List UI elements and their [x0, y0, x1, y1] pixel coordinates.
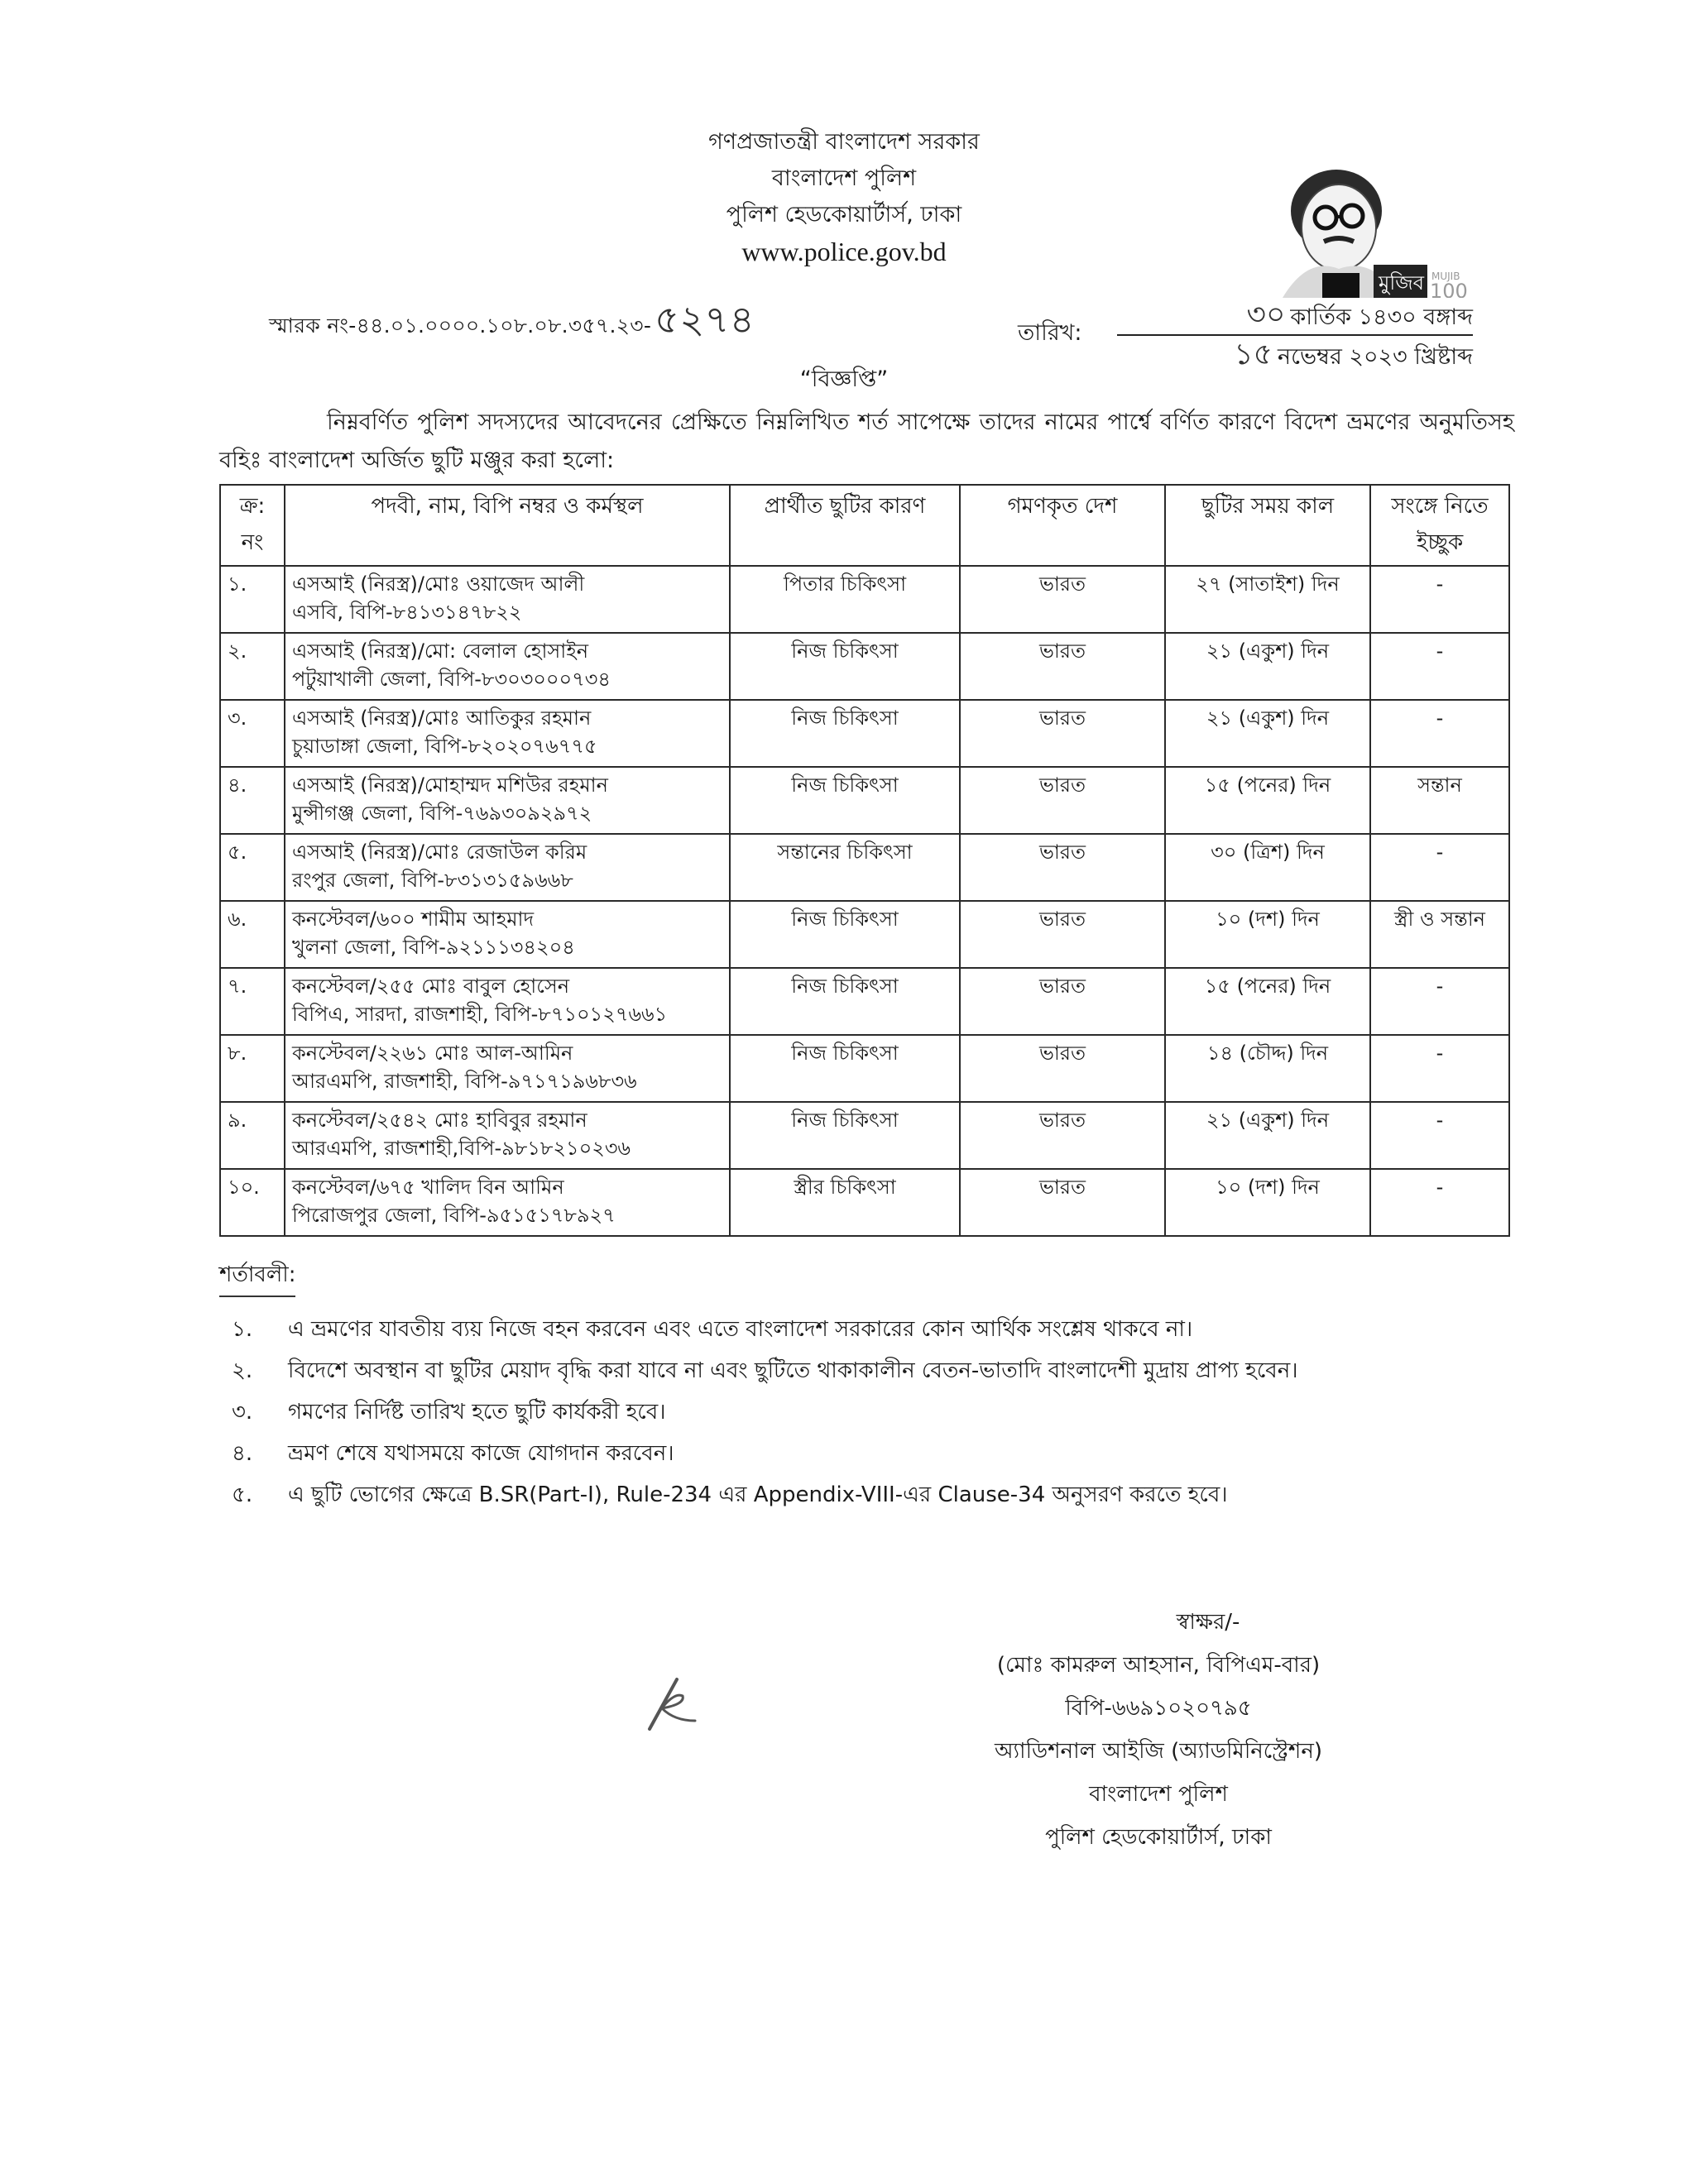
letterhead: গণপ্রজাতন্ত্রী বাংলাদেশ সরকার বাংলাদেশ প…	[629, 124, 1059, 270]
cell-reason: নিজ চিকিৎসা	[730, 767, 960, 834]
cell-name-unit-bp: আরএমপি, রাজশাহী, বিপি-৯৭১৭১৯৬৮৩৬	[292, 1067, 722, 1095]
table-row: ২.এসআই (নিরস্ত্র)/মো: বেলাল হোসাইনপটুয়া…	[220, 633, 1509, 700]
term-number: ১.	[232, 1309, 288, 1350]
cell-serial: ৪.	[220, 767, 285, 834]
term-text: ভ্রমণ শেষে যথাসময়ে কাজে যোগদান করবেন।	[288, 1433, 674, 1474]
signature-label: স্বাক্ষর/-	[910, 1601, 1407, 1644]
cell-name-rank: এসআই (নিরস্ত্র)/মোঃ ওয়াজেদ আলী	[292, 570, 722, 598]
cell-serial: ৩.	[220, 700, 285, 767]
cell-country: ভারত	[960, 566, 1165, 633]
cell-name: এসআই (নিরস্ত্র)/মোহাম্মদ মশিউর রহমানমুন্…	[285, 767, 730, 834]
date-bangla-day: ৩০	[1247, 298, 1286, 332]
cell-name: কনস্টেবল/২৫৫ মোঃ বাবুল হোসেনবিপিএ, সারদা…	[285, 968, 730, 1035]
table-row: ৬.কনস্টেবল/৬০০ শামীম আহমাদখুলনা জেলা, বি…	[220, 901, 1509, 968]
cell-duration: ৩০ (ত্রিশ) দিন	[1165, 834, 1370, 901]
cell-name: এসআই (নিরস্ত্র)/মোঃ ওয়াজেদ আলীএসবি, বিপ…	[285, 566, 730, 633]
cell-name: কনস্টেবল/৬০০ শামীম আহমাদখুলনা জেলা, বিপি…	[285, 901, 730, 968]
cell-reason: নিজ চিকিৎসা	[730, 968, 960, 1035]
cell-serial: ৬.	[220, 901, 285, 968]
term-text: এ ভ্রমণের যাবতীয় ব্যয় নিজে বহন করবেন এ…	[288, 1309, 1192, 1350]
term-number: ৫.	[232, 1474, 288, 1516]
col-companion: সংঙ্গে নিতে ইচ্ছুক	[1370, 485, 1509, 566]
terms-title: শর্তাবলী:	[219, 1257, 295, 1297]
table-row: ৭.কনস্টেবল/২৫৫ মোঃ বাবুল হোসেনবিপিএ, সার…	[220, 968, 1509, 1035]
cell-name-rank: এসআই (নিরস্ত্র)/মোঃ রেজাউল করিম	[292, 838, 722, 866]
cell-companion: -	[1370, 1035, 1509, 1102]
cell-name-rank: কনস্টেবল/৬০০ শামীম আহমাদ	[292, 905, 722, 933]
cell-name-unit-bp: খুলনা জেলা, বিপি-৯২১১১৩৪২০৪	[292, 933, 722, 961]
cell-companion: -	[1370, 968, 1509, 1035]
cell-reason: স্ত্রীর চিকিৎসা	[730, 1169, 960, 1236]
col-name: পদবী, নাম, বিপি নম্বর ও কর্মস্থল	[285, 485, 730, 566]
intro-paragraph: নিম্নবর্ণিত পুলিশ সদস্যদের আবেদনের প্রেক…	[219, 404, 1514, 480]
col-reason: প্রার্থীত ছুটির কারণ	[730, 485, 960, 566]
cell-duration: ১০ (দশ) দিন	[1165, 1169, 1370, 1236]
term-item: ২.বিদেশে অবস্থান বা ছুটির মেয়াদ বৃদ্ধি …	[232, 1350, 1556, 1391]
cell-name: কনস্টেবল/২৫৪২ মোঃ হাবিবুর রহমানআরএমপি, র…	[285, 1102, 730, 1169]
cell-serial: ৮.	[220, 1035, 285, 1102]
date-bangla: ৩০কার্তিক ১৪৩০ বঙ্গাব্দ	[1109, 298, 1473, 333]
cell-companion: -	[1370, 834, 1509, 901]
table-header-row: ক্র: নং পদবী, নাম, বিপি নম্বর ও কর্মস্থল…	[220, 485, 1509, 566]
memo-number-printed: স্মারক নং-৪৪.০১.০০০০.১০৮.০৮.৩৫৭.২৩-	[269, 314, 651, 338]
cell-country: ভারত	[960, 968, 1165, 1035]
cell-name: এসআই (নিরস্ত্র)/মোঃ রেজাউল করিমরংপুর জেল…	[285, 834, 730, 901]
signatory-office: পুলিশ হেডকোয়ার্টার্স, ঢাকা	[910, 1816, 1407, 1859]
cell-name-rank: এসআই (নিরস্ত্র)/মোহাম্মদ মশিউর রহমান	[292, 771, 722, 799]
table-row: ১.এসআই (নিরস্ত্র)/মোঃ ওয়াজেদ আলীএসবি, ব…	[220, 566, 1509, 633]
signature-block: স্বাক্ষর/- (মোঃ কামরুল আহসান, বিপিএম-বার…	[910, 1601, 1407, 1859]
cell-companion: -	[1370, 566, 1509, 633]
cell-name-rank: কনস্টেবল/৬৭৫ খালিদ বিন আমিন	[292, 1173, 722, 1201]
cell-name: এসআই (নিরস্ত্র)/মোঃ আতিকুর রহমানচুয়াডাঙ…	[285, 700, 730, 767]
cell-companion: স্ত্রী ও সন্তান	[1370, 901, 1509, 968]
cell-serial: ৫.	[220, 834, 285, 901]
term-number: ৪.	[232, 1433, 288, 1474]
leave-table: ক্র: নং পদবী, নাম, বিপি নম্বর ও কর্মস্থল…	[219, 484, 1510, 1237]
table-row: ১০.কনস্টেবল/৬৭৫ খালিদ বিন আমিনপিরোজপুর জ…	[220, 1169, 1509, 1236]
cell-companion: -	[1370, 633, 1509, 700]
cell-name-unit-bp: এসবি, বিপি-৮৪১৩১৪৭৮২২	[292, 598, 722, 626]
handwritten-initials-icon	[637, 1675, 703, 1733]
cell-reason: নিজ চিকিৎসা	[730, 1035, 960, 1102]
cell-name-unit-bp: বিপিএ, সারদা, রাজশাহী, বিপি-৮৭১০১২৭৬৬১	[292, 1000, 722, 1028]
cell-serial: ১০.	[220, 1169, 285, 1236]
cell-name-unit-bp: রংপুর জেলা, বিপি-৮৩১৩১৫৯৬৬৮	[292, 866, 722, 894]
term-item: ৩.গমণের নির্দিষ্ট তারিখ হতে ছুটি কার্যকর…	[232, 1391, 1556, 1433]
memo-number-handwritten: ৫২৭৪	[655, 297, 755, 342]
cell-country: ভারত	[960, 767, 1165, 834]
website-link[interactable]: www.police.gov.bd	[629, 233, 1059, 270]
cell-duration: ২১ (একুশ) দিন	[1165, 633, 1370, 700]
cell-country: ভারত	[960, 1102, 1165, 1169]
cell-duration: ২১ (একুশ) দিন	[1165, 700, 1370, 767]
cell-reason: পিতার চিকিৎসা	[730, 566, 960, 633]
cell-name-rank: কনস্টেবল/২২৬১ মোঃ আল-আমিন	[292, 1039, 722, 1067]
dept-name: বাংলাদেশ পুলিশ	[629, 160, 1059, 197]
cell-name: কনস্টেবল/৬৭৫ খালিদ বিন আমিনপিরোজপুর জেলা…	[285, 1169, 730, 1236]
mujib-borsho-logo-icon: মুজিব MUJIB 100	[1233, 149, 1481, 298]
cell-reason: নিজ চিকিৎসা	[730, 901, 960, 968]
col-serial: ক্র: নং	[220, 485, 285, 566]
table-row: ৪.এসআই (নিরস্ত্র)/মোহাম্মদ মশিউর রহমানমু…	[220, 767, 1509, 834]
cell-duration: ১৫ (পনের) দিন	[1165, 767, 1370, 834]
cell-name-rank: এসআই (নিরস্ত্র)/মো: বেলাল হোসাইন	[292, 637, 722, 665]
office-name: পুলিশ হেডকোয়ার্টার্স, ঢাকা	[629, 197, 1059, 233]
table-row: ৩.এসআই (নিরস্ত্র)/মোঃ আতিকুর রহমানচুয়াড…	[220, 700, 1509, 767]
term-item: ৪.ভ্রমণ শেষে যথাসময়ে কাজে যোগদান করবেন।	[232, 1433, 1556, 1474]
cell-name-rank: কনস্টেবল/২৫৫ মোঃ বাবুল হোসেন	[292, 972, 722, 1000]
cell-companion: -	[1370, 700, 1509, 767]
signatory-org: বাংলাদেশ পুলিশ	[910, 1773, 1407, 1816]
cell-duration: ১৪ (চৌদ্দ) দিন	[1165, 1035, 1370, 1102]
cell-country: ভারত	[960, 1035, 1165, 1102]
cell-country: ভারত	[960, 1169, 1165, 1236]
term-text: এ ছুটি ভোগের ক্ষেত্রে B.SR(Part-I), Rule…	[288, 1474, 1228, 1516]
date-divider	[1117, 334, 1473, 336]
govt-name: গণপ্রজাতন্ত্রী বাংলাদেশ সরকার	[629, 124, 1059, 160]
term-item: ১.এ ভ্রমণের যাবতীয় ব্যয় নিজে বহন করবেন…	[232, 1309, 1556, 1350]
cell-companion: -	[1370, 1169, 1509, 1236]
date-bangla-month-year: কার্তিক ১৪৩০ বঙ্গাব্দ	[1290, 304, 1473, 330]
cell-country: ভারত	[960, 834, 1165, 901]
signatory-designation: অ্যাডিশনাল আইজি (অ্যাডমিনিস্ট্রেশন)	[910, 1730, 1407, 1773]
cell-serial: ১.	[220, 566, 285, 633]
col-country: গমণকৃত দেশ	[960, 485, 1165, 566]
term-number: ২.	[232, 1350, 288, 1391]
cell-country: ভারত	[960, 901, 1165, 968]
cell-duration: ১৫ (পনের) দিন	[1165, 968, 1370, 1035]
notice-title: “বিজ্ঞপ্তি”	[0, 362, 1688, 400]
cell-serial: ৯.	[220, 1102, 285, 1169]
term-text: বিদেশে অবস্থান বা ছুটির মেয়াদ বৃদ্ধি কর…	[288, 1350, 1298, 1391]
memo-number: স্মারক নং-৪৪.০১.০০০০.১০৮.০৮.৩৫৭.২৩-৫২৭৪	[269, 291, 755, 354]
cell-companion: -	[1370, 1102, 1509, 1169]
col-duration: ছুটির সময় কাল	[1165, 485, 1370, 566]
term-number: ৩.	[232, 1391, 288, 1433]
cell-serial: ২.	[220, 633, 285, 700]
cell-reason: নিজ চিকিৎসা	[730, 1102, 960, 1169]
svg-text:মুজিব: মুজিব	[1378, 271, 1425, 295]
table-row: ৯.কনস্টেবল/২৫৪২ মোঃ হাবিবুর রহমানআরএমপি,…	[220, 1102, 1509, 1169]
cell-name-unit-bp: আরএমপি, রাজশাহী,বিপি-৯৮১৮২১০২৩৬	[292, 1134, 722, 1162]
cell-name-rank: কনস্টেবল/২৫৪২ মোঃ হাবিবুর রহমান	[292, 1106, 722, 1134]
signatory-bp: বিপি-৬৬৯১০২০৭৯৫	[910, 1687, 1407, 1730]
date-block: ৩০কার্তিক ১৪৩০ বঙ্গাব্দ ১৫নভেম্বর ২০২৩ খ…	[1109, 298, 1473, 372]
cell-name-unit-bp: পিরোজপুর জেলা, বিপি-৯৫১৫১৭৮৯২৭	[292, 1201, 722, 1229]
cell-name-rank: এসআই (নিরস্ত্র)/মোঃ আতিকুর রহমান	[292, 704, 722, 732]
cell-companion: সন্তান	[1370, 767, 1509, 834]
cell-reason: নিজ চিকিৎসা	[730, 700, 960, 767]
cell-duration: ২১ (একুশ) দিন	[1165, 1102, 1370, 1169]
terms-list: ১.এ ভ্রমণের যাবতীয় ব্যয় নিজে বহন করবেন…	[232, 1309, 1556, 1516]
term-text: গমণের নির্দিষ্ট তারিখ হতে ছুটি কার্যকরী …	[288, 1391, 666, 1433]
cell-name-unit-bp: পটুয়াখালী জেলা, বিপি-৮৩০৩০০০৭৩৪	[292, 665, 722, 693]
cell-name-unit-bp: মুন্সীগঞ্জ জেলা, বিপি-৭৬৯৩০৯২৯৭২	[292, 799, 722, 827]
table-row: ৮.কনস্টেবল/২২৬১ মোঃ আল-আমিনআরএমপি, রাজশা…	[220, 1035, 1509, 1102]
signatory-name: (মোঃ কামরুল আহসান, বিপিএম-বার)	[910, 1644, 1407, 1687]
term-item: ৫.এ ছুটি ভোগের ক্ষেত্রে B.SR(Part-I), Ru…	[232, 1474, 1556, 1516]
table-row: ৫.এসআই (নিরস্ত্র)/মোঃ রেজাউল করিমরংপুর জ…	[220, 834, 1509, 901]
cell-country: ভারত	[960, 700, 1165, 767]
cell-country: ভারত	[960, 633, 1165, 700]
cell-duration: ১০ (দশ) দিন	[1165, 901, 1370, 968]
cell-name-unit-bp: চুয়াডাঙ্গা জেলা, বিপি-৮২০২০৭৬৭৭৫	[292, 732, 722, 760]
cell-name: এসআই (নিরস্ত্র)/মো: বেলাল হোসাইনপটুয়াখা…	[285, 633, 730, 700]
cell-serial: ৭.	[220, 968, 285, 1035]
date-label: তারিখ:	[1018, 316, 1082, 353]
cell-reason: নিজ চিকিৎসা	[730, 633, 960, 700]
cell-reason: সন্তানের চিকিৎসা	[730, 834, 960, 901]
cell-name: কনস্টেবল/২২৬১ মোঃ আল-আমিনআরএমপি, রাজশাহী…	[285, 1035, 730, 1102]
cell-duration: ২৭ (সাতাইশ) দিন	[1165, 566, 1370, 633]
svg-text:100: 100	[1430, 280, 1468, 298]
